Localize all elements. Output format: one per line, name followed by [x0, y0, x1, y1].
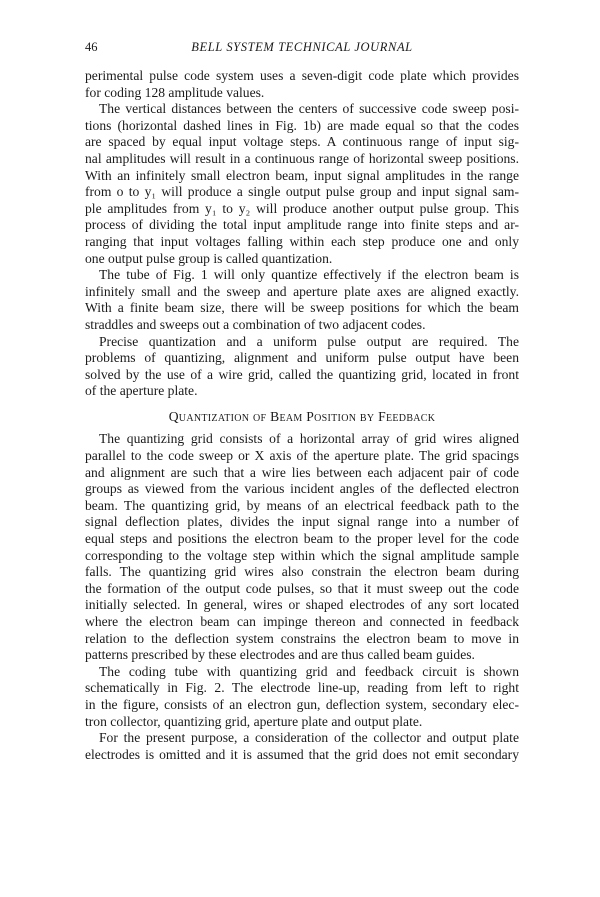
text-line: nal amplitudes will result in a continuo…: [85, 151, 519, 168]
text-line: Precise quantization and a uniform pulse…: [85, 334, 519, 351]
text-line: straddles and sweeps out a combination o…: [85, 317, 519, 334]
text-line: one output pulse group is called quantiz…: [85, 251, 519, 268]
text-line: signal deflection plates, divides the in…: [85, 514, 519, 531]
text-line: groups as viewed from the various incide…: [85, 481, 519, 498]
paragraph: Precise quantization and a uniform pulse…: [85, 334, 519, 400]
text-line: With an infinitely small electron beam, …: [85, 168, 519, 185]
text-line: falls. The quantizing grid wires also co…: [85, 564, 519, 581]
text-line: ple amplitudes from y₁ to y₂ will produc…: [85, 201, 519, 218]
paragraph: The quantizing grid consists of a horizo…: [85, 431, 519, 663]
text-line: in the figure, consists of an electron g…: [85, 697, 519, 714]
paragraph: The tube of Fig. 1 will only quantize ef…: [85, 267, 519, 333]
paragraph: The coding tube with quantizing grid and…: [85, 664, 519, 730]
text-line: corresponding to the voltage step within…: [85, 548, 519, 565]
text-line: ranging that input voltages falling with…: [85, 234, 519, 251]
paragraph: For the present purpose, a consideration…: [85, 730, 519, 763]
text-line: equal steps and positions the electron b…: [85, 531, 519, 548]
text-line: beam. The quantizing grid, by means of a…: [85, 498, 519, 515]
text-line: infinitely small and the sweep and apert…: [85, 284, 519, 301]
text-line: of the aperture plate.: [85, 383, 519, 400]
text-line: electrodes is omitted and it is assumed …: [85, 747, 519, 764]
text-line: For the present purpose, a consideration…: [85, 730, 519, 747]
text-line: initially selected. In general, wires or…: [85, 597, 519, 614]
text-line: patterns prescribed by these electrodes …: [85, 647, 519, 664]
text-line: process of dividing the total input ampl…: [85, 217, 519, 234]
text-line: The coding tube with quantizing grid and…: [85, 664, 519, 681]
text-line: parallel to the code sweep or X axis of …: [85, 448, 519, 465]
running-head: 46 BELL SYSTEM TECHNICAL JOURNAL: [85, 36, 519, 54]
text-line: schematically in Fig. 2. The electrode l…: [85, 680, 519, 697]
paragraph: perimental pulse code system uses a seve…: [85, 68, 519, 101]
text-line: tron collector, quantizing grid, apertur…: [85, 714, 519, 731]
text-line: With a finite beam size, there will be s…: [85, 300, 519, 317]
text-line: the formation of the output code pulses,…: [85, 581, 519, 598]
text-line: problems of quantizing, alignment and un…: [85, 350, 519, 367]
text-line: tions (horizontal dashed lines in Fig. 1…: [85, 118, 519, 135]
section-heading: Quantization of Beam Position by Feedbac…: [85, 409, 519, 426]
body-text: perimental pulse code system uses a seve…: [85, 68, 519, 763]
text-line: are spaced by equal input voltage steps.…: [85, 134, 519, 151]
text-line: solved by the use of a wire grid, called…: [85, 367, 519, 384]
journal-title: BELL SYSTEM TECHNICAL JOURNAL: [85, 40, 519, 55]
document-page: 46 BELL SYSTEM TECHNICAL JOURNAL perimen…: [85, 36, 519, 763]
paragraph: The vertical distances between the cente…: [85, 101, 519, 267]
text-line: The tube of Fig. 1 will only quantize ef…: [85, 267, 519, 284]
text-line: where the electron beam can impinge ther…: [85, 614, 519, 631]
text-line: from o to y₁ will produce a single outpu…: [85, 184, 519, 201]
text-line: for coding 128 amplitude values.: [85, 85, 519, 102]
text-line: and alignment are such that a wire lies …: [85, 465, 519, 482]
text-line: perimental pulse code system uses a seve…: [85, 68, 519, 85]
text-line: The vertical distances between the cente…: [85, 101, 519, 118]
text-line: The quantizing grid consists of a horizo…: [85, 431, 519, 448]
text-line: relation to the deflection system constr…: [85, 631, 519, 648]
